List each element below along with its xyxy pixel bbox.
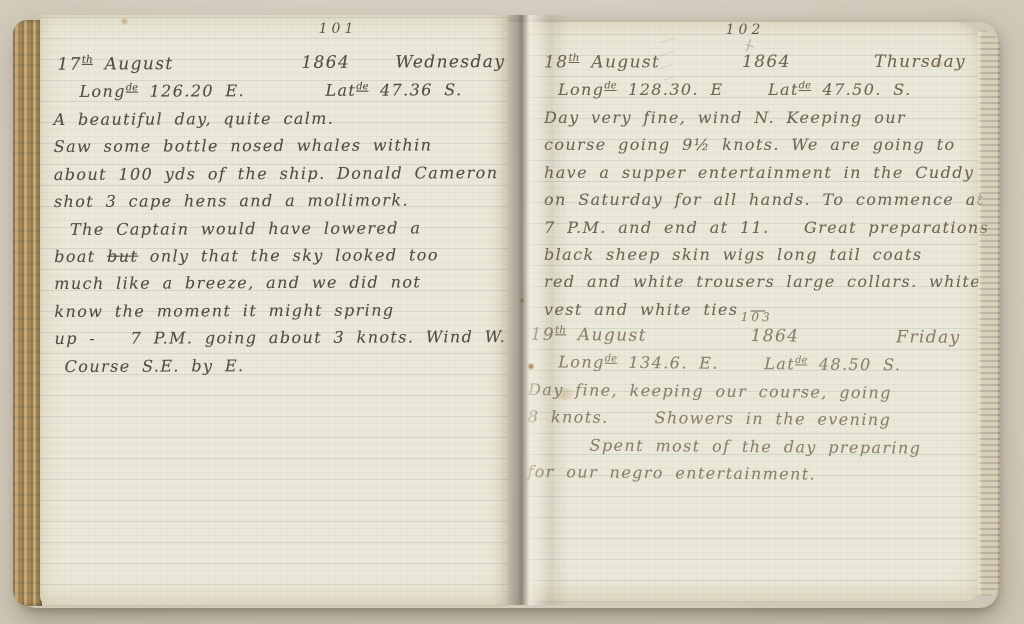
entry-date: 18th August	[544, 52, 660, 73]
diary-line: on Saturday for all hands. To commence a…	[544, 190, 972, 217]
page-edges-left	[13, 20, 42, 606]
page-edges-right	[978, 30, 1000, 596]
diary-page-left: 101 17th August 1864 Wednesday Longde 12…	[40, 15, 508, 606]
longitude: Longde 134.6. E.	[558, 352, 719, 372]
diary-line: have a supper entertainment in the Cuddy	[544, 163, 972, 190]
diary-line: The Captain would have lowered a	[54, 218, 506, 247]
struck-word: but	[107, 247, 138, 266]
entry-year: 1864	[750, 326, 799, 346]
diary-line: much like a breeze, and we did not	[54, 272, 506, 301]
latitude: Latde 48.50 S.	[764, 354, 901, 374]
entry-year: 1864	[742, 52, 791, 72]
diary-line: black sheep skin wigs long tail coats	[544, 245, 972, 272]
diary-line: A beautiful day, quite calm.	[54, 108, 506, 137]
diary-line: 8 knots. Showers in the evening	[528, 407, 974, 438]
entry-19-august: 103 19th August 1864 Friday Longde 134.6…	[527, 308, 975, 493]
diary-line: Day very fine, wind N. Keeping our	[544, 108, 972, 135]
page-number-103: 103	[741, 310, 773, 324]
diary-line: Spent most of the day preparing	[527, 435, 973, 466]
entry-coordinates: Longde 134.6. E. Latde 48.50 S.	[528, 352, 974, 384]
diary-line: for our negro entertainment.	[527, 462, 973, 493]
entry-heading: 19th August 1864 Friday	[528, 324, 974, 356]
longitude: Longde 126.20 E.	[79, 81, 245, 101]
latitude: Latde 47.50. S.	[768, 80, 912, 99]
diary-line: Day fine, keeping our course, going	[528, 380, 974, 411]
diary-line: red and white trousers large collars. wh…	[544, 272, 972, 299]
diary-line: shot 3 cape hens and a mollimork.	[54, 190, 506, 219]
entry-body: Day fine, keeping our course, going 8 kn…	[527, 380, 974, 493]
entry-17-august: 17th August 1864 Wednesday Longde 126.20…	[53, 52, 506, 384]
entry-coordinates: Longde 126.20 E. Latde 47.36 S.	[53, 80, 505, 110]
diary-line: course going 9½ knots. We are going to	[544, 135, 972, 162]
diary-page-right: 102 18th August 1864 Thursday Longde 128…	[528, 22, 980, 602]
entry-date: 17th August	[57, 53, 173, 74]
entry-weekday: Thursday	[874, 52, 966, 72]
entry-18-august: 18th August 1864 Thursday Longde 128.30.…	[544, 52, 972, 327]
diary-line: 7 P.M. and end at 11. Great preparations	[544, 218, 972, 245]
diary-line: Course S.E. by E.	[55, 355, 507, 384]
diary-line: know the moment it might spring	[54, 300, 506, 329]
longitude: Longde 128.30. E	[558, 80, 724, 99]
entry-weekday: Wednesday	[395, 52, 505, 72]
entry-coordinates: Longde 128.30. E Latde 47.50. S.	[544, 80, 972, 108]
diary-line: about 100 yds of the ship. Donald Camero…	[54, 163, 506, 192]
entry-heading: 17th August 1864 Wednesday	[53, 52, 505, 82]
entry-weekday: Friday	[896, 327, 961, 348]
entry-heading: 18th August 1864 Thursday	[544, 52, 972, 80]
entry-date: 19th August	[530, 324, 646, 346]
page-number-right: 102	[700, 22, 790, 38]
diary-line-with-strikethrough: boat but only that the sky looked too	[54, 245, 506, 274]
entry-year: 1864	[301, 53, 350, 73]
latitude: Latde 47.36 S.	[325, 80, 462, 100]
entry-body: A beautiful day, quite calm. Saw some bo…	[54, 108, 507, 384]
diary-line: Saw some bottle nosed whales within	[54, 135, 506, 164]
diary-line: up - 7 P.M. going about 3 knots. Wind W.	[54, 327, 506, 356]
page-number-left: 101	[298, 21, 378, 37]
entry-body: Day very fine, wind N. Keeping our cours…	[544, 108, 972, 327]
photograph-background: 101 17th August 1864 Wednesday Longde 12…	[0, 0, 1024, 624]
